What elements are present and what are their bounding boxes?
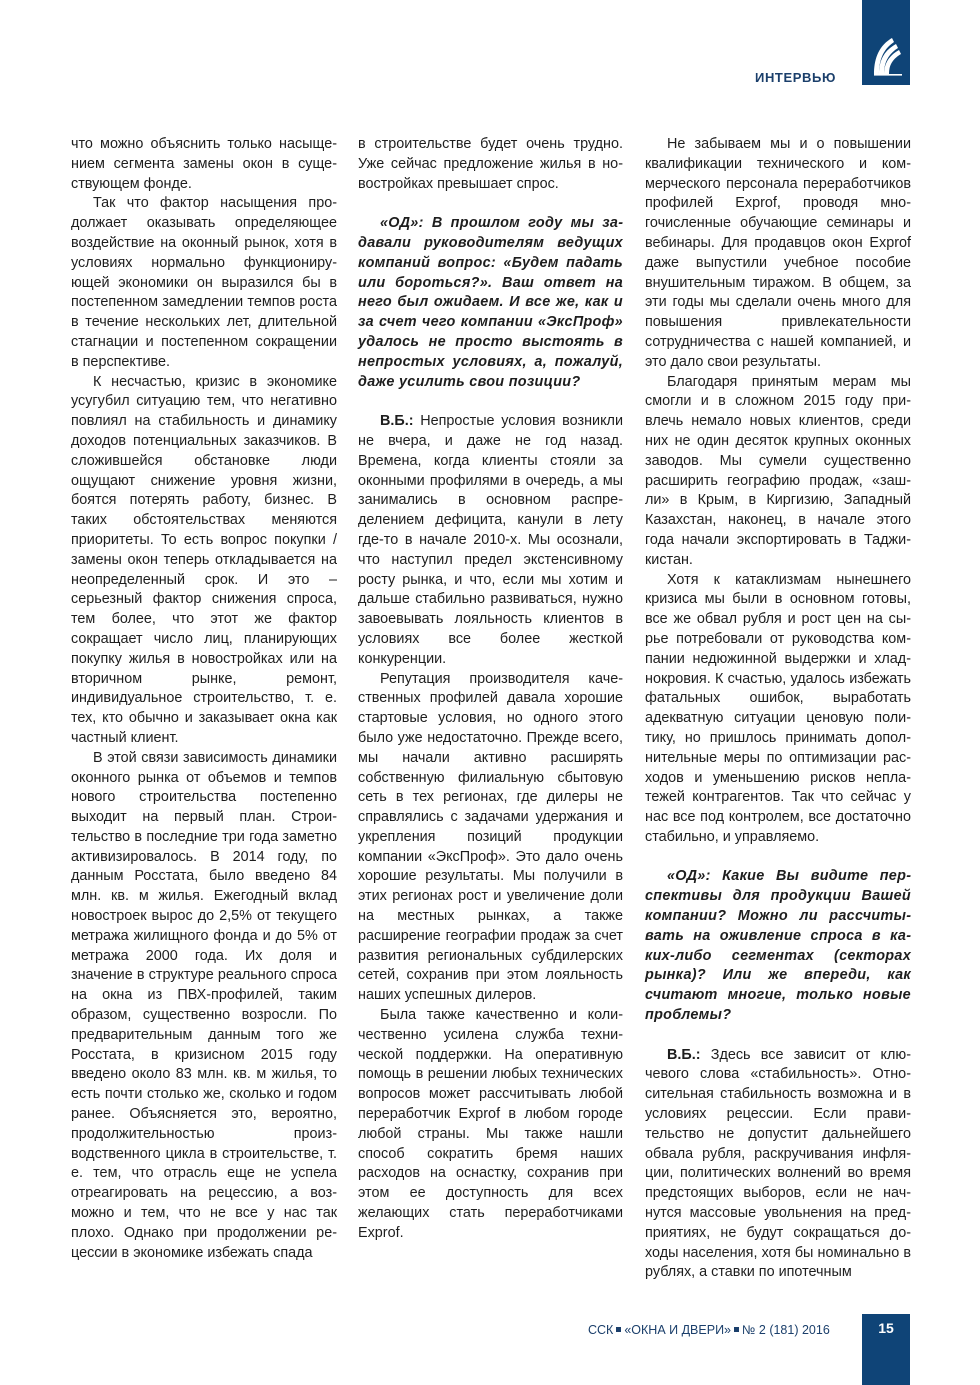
interview-answer: В.Б.: Непростые условия воз­никли не вче… <box>358 412 623 669</box>
footer-accent-bar: 15 <box>862 1314 910 1385</box>
section-label: ИНТЕРВЬЮ <box>755 70 836 85</box>
paragraph: Репутация производителя каче­ственных пр… <box>358 670 623 1007</box>
footer-publisher: ССК <box>588 1323 613 1337</box>
answer-text: Здесь все зависит от клю­чевого слова «с… <box>645 1047 911 1281</box>
paragraph: К несчастью, кризис в экономи­ке усугуби… <box>71 373 337 749</box>
text-column-1: что можно объяснить только насыще­нием с… <box>71 135 337 1263</box>
paragraph: что можно объяснить только насыще­нием с… <box>71 135 337 194</box>
paragraph: Благодаря принятым мерам мы смогли и в с… <box>645 373 911 571</box>
interview-question: «ОД»: Какие Вы видите пер­спективы для п… <box>645 867 911 1025</box>
answer-text: Непростые условия воз­никли не вчера, и … <box>358 413 623 667</box>
speaker-initials: В.Б.: <box>380 413 414 429</box>
paragraph: Не забываем мы и о повышении квалификаци… <box>645 135 911 373</box>
paragraph: В этой связи зависимость динами­ки оконн… <box>71 749 337 1264</box>
header-accent-bar <box>862 0 910 85</box>
text-column-2: в строительстве будет очень трудно. Уже … <box>358 135 623 1244</box>
footer-magazine-title: «ОКНА И ДВЕРИ» <box>624 1323 731 1337</box>
paragraph: в строительстве будет очень трудно. Уже … <box>358 135 623 194</box>
page-number: 15 <box>862 1320 910 1336</box>
footer-issue: № 2 (181) 2016 <box>742 1323 830 1337</box>
square-bullet-icon <box>616 1327 621 1332</box>
footer-publication-info: ССК«ОКНА И ДВЕРИ»№ 2 (181) 2016 <box>588 1323 830 1337</box>
paragraph: Хотя к катаклизмам нынешнего кризиса мы … <box>645 571 911 848</box>
square-bullet-icon <box>734 1327 739 1332</box>
interview-question: «ОД»: В прошлом году мы за­давали руково… <box>358 214 623 392</box>
paragraph: Была также качественно и коли­чественно … <box>358 1006 623 1244</box>
paragraph: Так что фактор насыщения про­должает ока… <box>71 194 337 372</box>
speaker-initials: В.Б.: <box>667 1047 701 1063</box>
text-column-3: Не забываем мы и о повышении квалификаци… <box>645 135 911 1283</box>
magazine-logo-icon <box>868 34 904 78</box>
interview-answer: В.Б.: Здесь все зависит от клю­чевого сл… <box>645 1046 911 1284</box>
